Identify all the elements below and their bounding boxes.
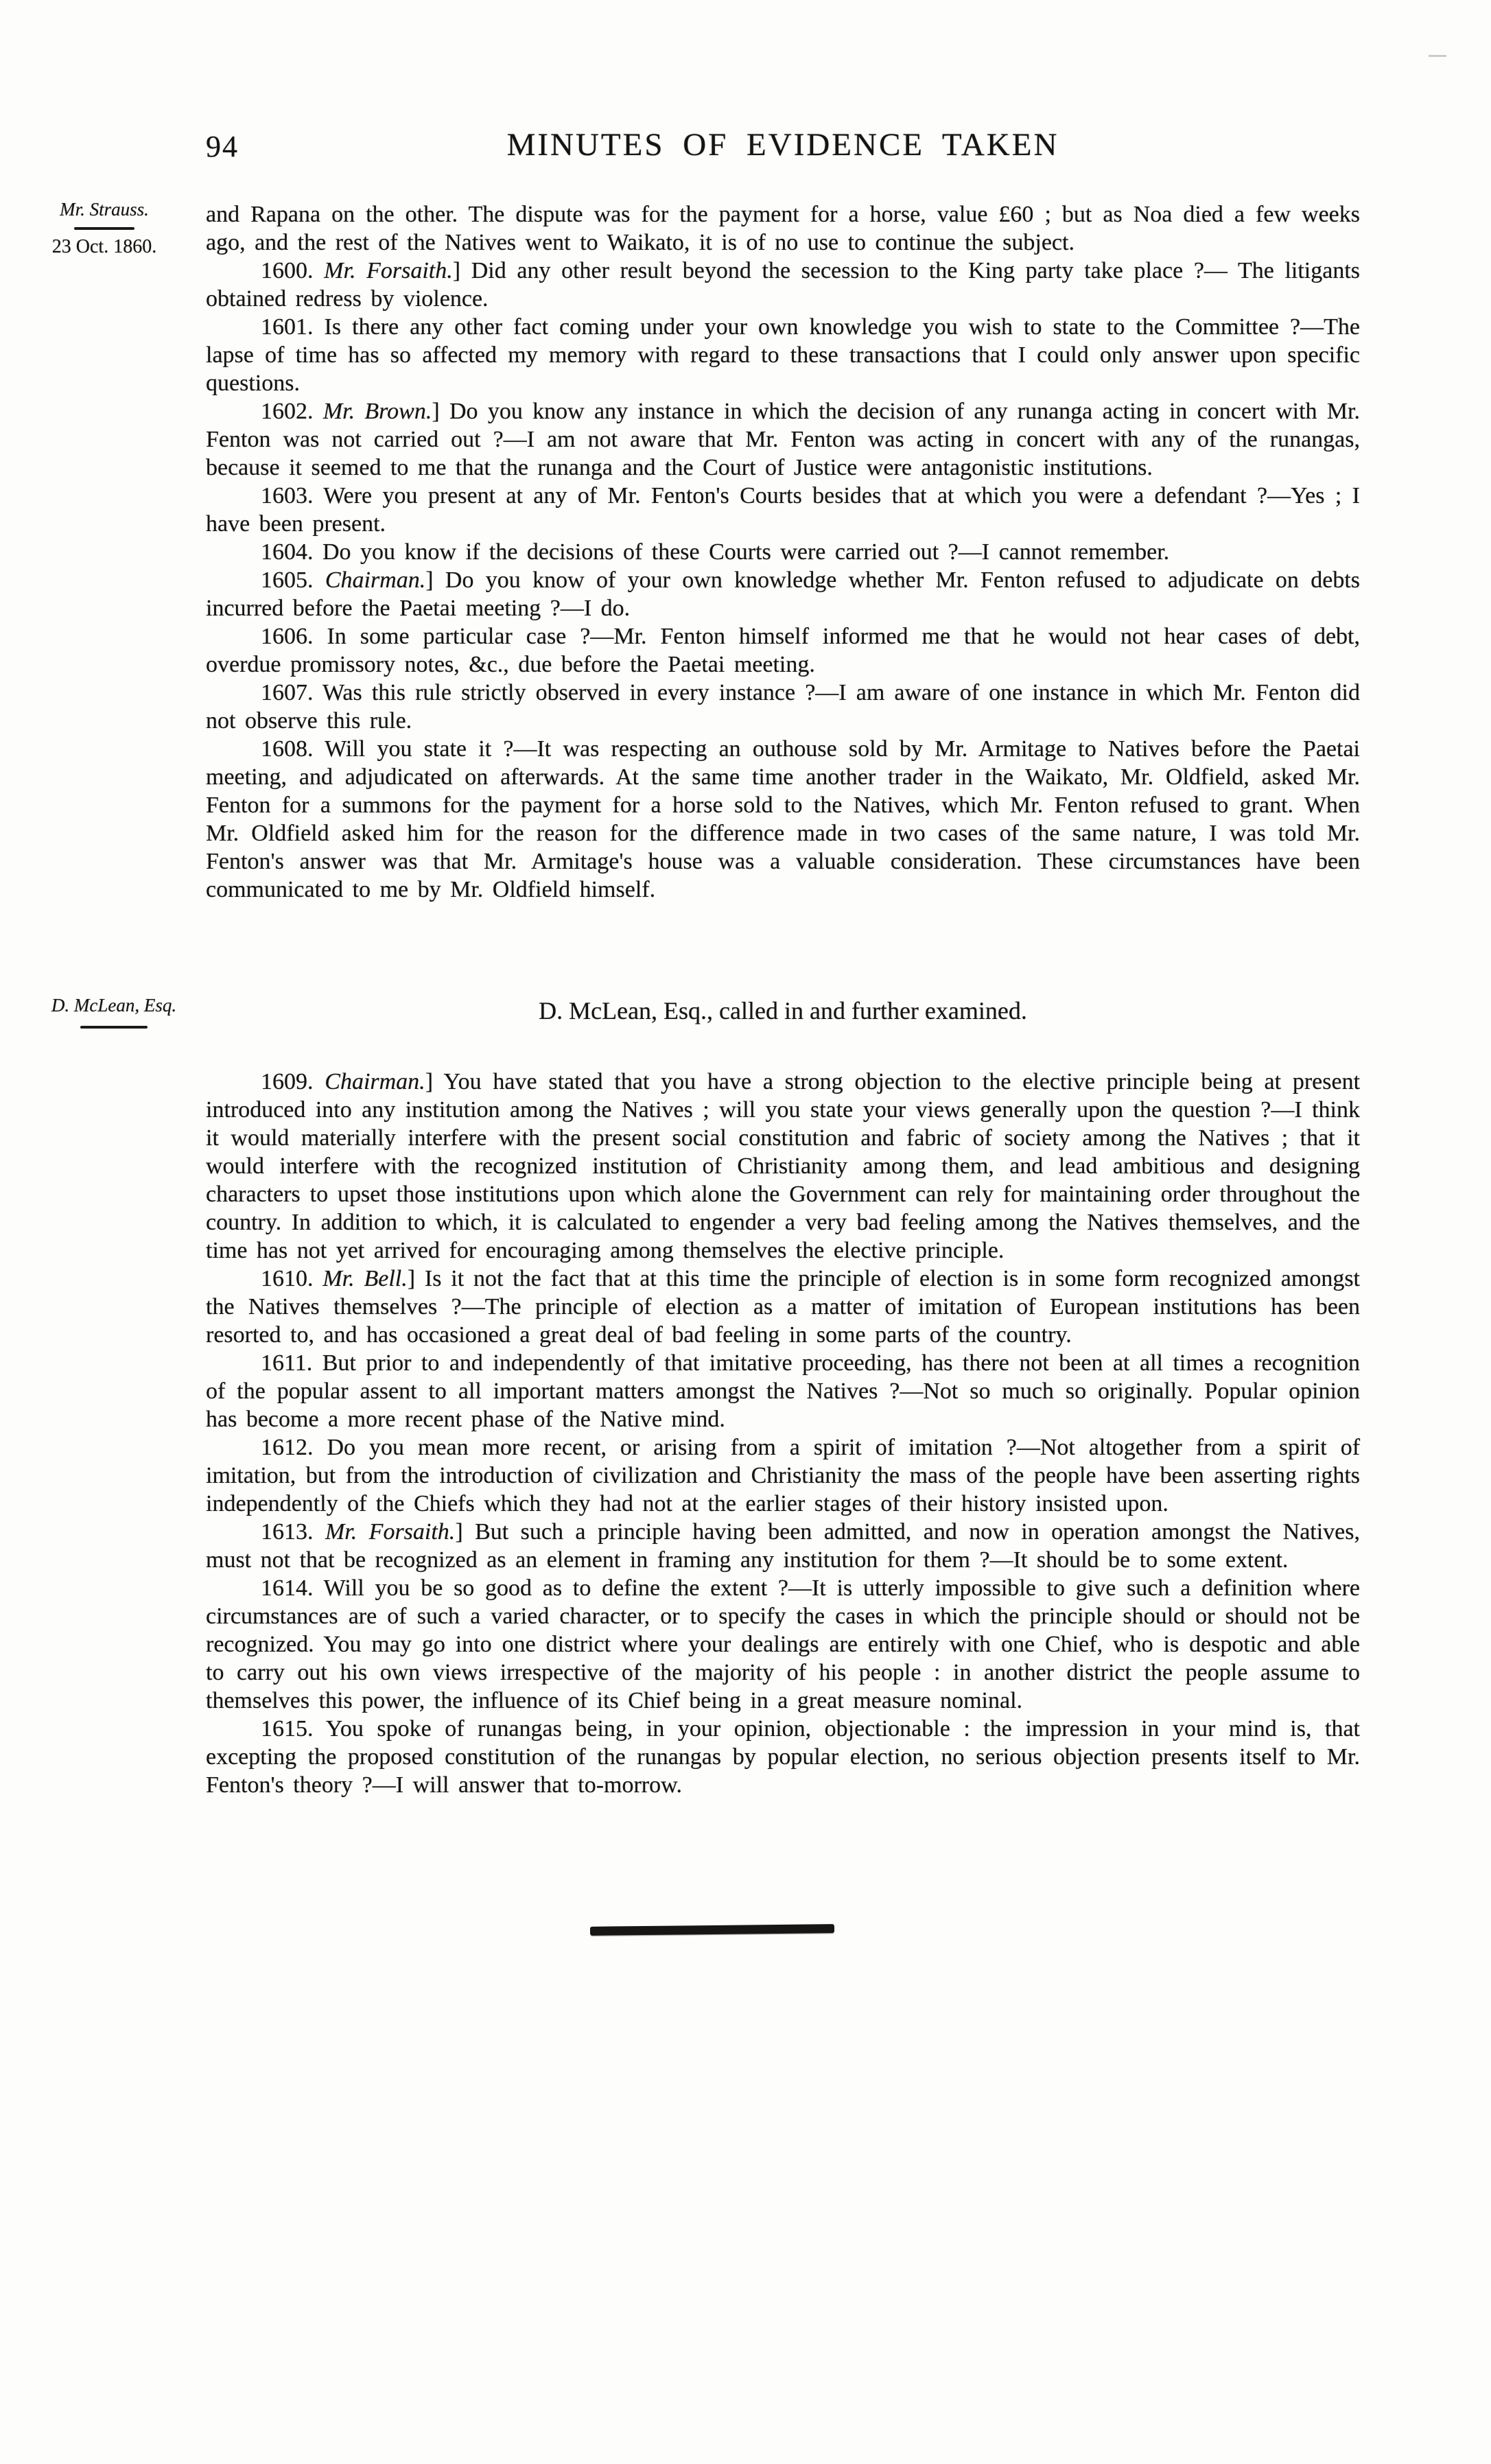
question-number: 1604.: [261, 539, 322, 565]
end-of-evidence-rule: [590, 1924, 834, 1936]
question-paragraph: 1615. You spoke of runangas being, in yo…: [206, 1715, 1360, 1799]
question-number: 1607.: [261, 680, 322, 705]
question-number: 1611.: [261, 1350, 322, 1376]
question-number: 1613.: [261, 1519, 325, 1545]
question-number: 1615.: [261, 1716, 326, 1741]
question-number: 1606.: [261, 624, 327, 649]
speaker-name: Mr. Bell.: [322, 1266, 407, 1291]
question-paragraph: 1604. Do you know if the decisions of th…: [206, 538, 1360, 566]
question-number: 1609.: [261, 1069, 325, 1094]
question-paragraph: 1601. Is there any other fact coming und…: [206, 313, 1360, 397]
speaker-name: Mr. Forsaith.: [324, 258, 453, 283]
question-number: 1603.: [261, 483, 323, 508]
question-paragraph: 1602. Mr. Brown.] Do you know any instan…: [206, 397, 1360, 482]
question-number: 1600.: [261, 258, 324, 283]
sitting-date: 23 Oct. 1860.: [36, 236, 173, 257]
speaker-name: Mr. Brown.: [323, 399, 432, 424]
speaker-name: Chairman.: [325, 567, 425, 593]
scan-artifact: [1429, 55, 1446, 57]
margin-note-strauss: Mr. Strauss. 23 Oct. 1860.: [36, 199, 173, 258]
question-paragraph: 1600. Mr. Forsaith.] Did any other resul…: [206, 257, 1360, 313]
question-paragraph: 1603. Were you present at any of Mr. Fen…: [206, 482, 1360, 538]
section-heading-mclean: D. McLean, Esq., called in and further e…: [206, 996, 1360, 1025]
question-paragraph: and Rapana on the other. The dispute was…: [206, 200, 1360, 257]
witness-name: D. McLean, Esq.: [21, 995, 207, 1016]
evidence-section-strauss: and Rapana on the other. The dispute was…: [206, 200, 1360, 904]
question-paragraph: 1614. Will you be so good as to define t…: [206, 1574, 1360, 1715]
speaker-name: Chairman.: [325, 1069, 425, 1094]
question-paragraph: 1605. Chairman.] Do you know of your own…: [206, 566, 1360, 622]
witness-name: Mr. Strauss.: [36, 199, 173, 220]
question-number: 1605.: [261, 567, 325, 593]
scanned-document-page: 94 MINUTES OF EVIDENCE TAKEN Mr. Strauss…: [0, 0, 1491, 2464]
question-paragraph: 1613. Mr. Forsaith.] But such a principl…: [206, 1518, 1360, 1574]
question-number: 1608.: [261, 736, 325, 762]
question-paragraph: 1606. In some particular case ?—Mr. Fent…: [206, 622, 1360, 679]
margin-rule: [74, 227, 134, 230]
question-number: 1601.: [261, 314, 325, 340]
speaker-name: Mr. Forsaith.: [325, 1519, 455, 1545]
running-title: MINUTES OF EVIDENCE TAKEN: [206, 126, 1360, 163]
evidence-section-mclean: 1609. Chairman.] You have stated that yo…: [206, 1068, 1360, 1799]
question-number: 1602.: [261, 399, 323, 424]
question-number: 1614.: [261, 1575, 324, 1601]
question-paragraph: 1609. Chairman.] You have stated that yo…: [206, 1068, 1360, 1265]
question-number: 1610.: [261, 1266, 322, 1291]
question-paragraph: 1608. Will you state it ?—It was respect…: [206, 735, 1360, 904]
question-paragraph: 1610. Mr. Bell.] Is it not the fact that…: [206, 1265, 1360, 1349]
question-paragraph: 1611. But prior to and independently of …: [206, 1349, 1360, 1433]
question-paragraph: 1607. Was this rule strictly observed in…: [206, 679, 1360, 735]
margin-note-mclean: D. McLean, Esq.: [21, 995, 207, 1035]
question-number: 1612.: [261, 1435, 327, 1460]
margin-rule: [80, 1026, 148, 1029]
question-paragraph: 1612. Do you mean more recent, or arisin…: [206, 1433, 1360, 1518]
